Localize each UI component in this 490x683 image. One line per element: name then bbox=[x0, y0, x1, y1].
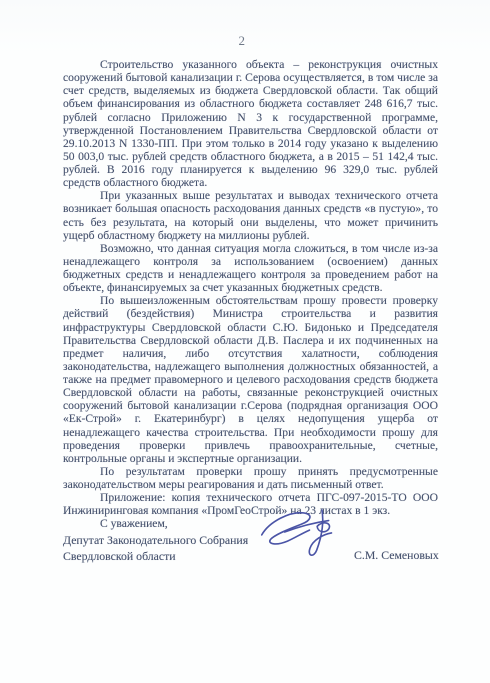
signature-stroke bbox=[262, 510, 332, 555]
paragraph-response-request: По результатам проверки прошу принять пр… bbox=[63, 465, 438, 491]
paragraph-possible-cause: Возможно, что данная ситуация могла слож… bbox=[63, 242, 438, 295]
paragraph-attachment: Приложение: копия технического отчета ПГ… bbox=[63, 491, 438, 517]
document-page: 2 Строительство указанного объекта – рек… bbox=[0, 0, 490, 683]
paragraph-inspection-request: По вышеизложенным обстоятельствам прошу … bbox=[63, 294, 438, 465]
signer-name: С.М. Семеновых bbox=[354, 548, 439, 563]
page-number: 2 bbox=[0, 33, 484, 49]
handwritten-signature-icon bbox=[256, 500, 342, 564]
letter-body: Строительство указанного объекта – рекон… bbox=[63, 58, 438, 531]
paragraph-waste-risk: При указанных выше результатах и выводах… bbox=[63, 189, 438, 242]
salutation: С уважением, bbox=[63, 517, 438, 530]
paragraph-construction-funding: Строительство указанного объекта – рекон… bbox=[63, 58, 438, 189]
